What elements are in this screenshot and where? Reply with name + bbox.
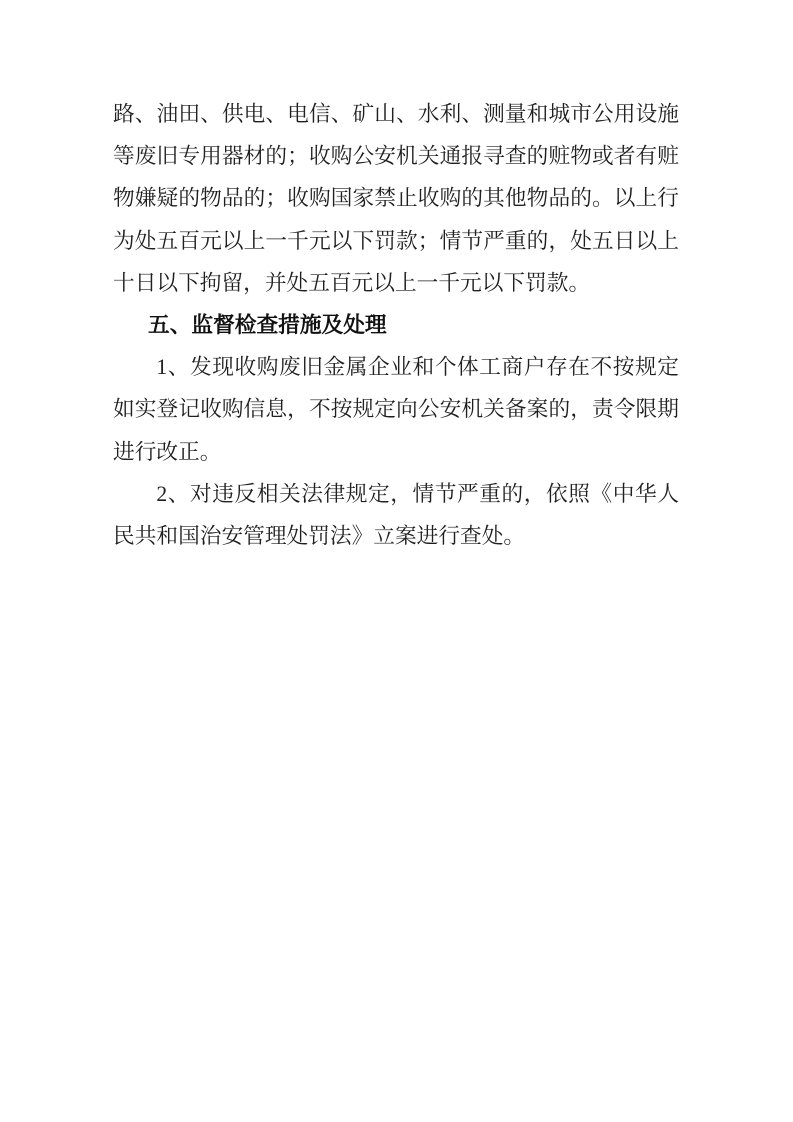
document-text-block: 路、油田、供电、电信、矿山、水利、测量和城市公用设施等废旧专用器材的；收购公安机…: [113, 0, 679, 557]
text-line: 民共和国治安管理处罚法》立案进行查处。: [113, 515, 679, 557]
text-line: 进行改正。: [113, 431, 679, 473]
text-line: 等废旧专用器材的；收购公安机关通报寻查的赃物或者有赃: [113, 135, 679, 177]
section-heading: 五、监督检查措施及处理: [148, 304, 679, 346]
text-line: 路、油田、供电、电信、矿山、水利、测量和城市公用设施: [113, 93, 679, 135]
text-line: 如实登记收购信息，不按规定向公安机关备案的，责令限期: [113, 388, 679, 430]
text-line: 为处五百元以上一千元以下罚款；情节严重的，处五日以上: [113, 220, 679, 262]
text-line: 2、对违反相关法律规定，情节严重的，依照《中华人: [113, 473, 679, 515]
text-line: 十日以下拘留，并处五百元以上一千元以下罚款。: [113, 262, 679, 304]
text-line: 物嫌疑的物品的；收购国家禁止收购的其他物品的。以上行: [113, 177, 679, 219]
document-page: 路、油田、供电、电信、矿山、水利、测量和城市公用设施等废旧专用器材的；收购公安机…: [0, 0, 793, 1122]
text-line: 1、发现收购废旧金属企业和个体工商户存在不按规定: [113, 346, 679, 388]
